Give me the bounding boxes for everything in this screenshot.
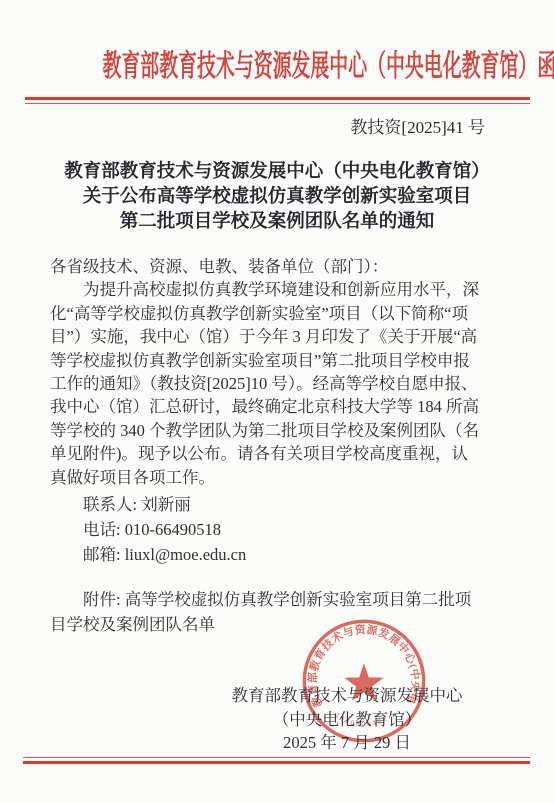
signature-org: 教育部教育技术与资源发展中心 [228, 684, 466, 708]
header-divider-rule [25, 97, 530, 104]
document-number: 教技资[2025]41 号 [350, 113, 485, 138]
signature-block: 教育部教育技术与资源发展中心 （中央电化教育馆） 2025 年 7 月 29 日 [228, 684, 466, 755]
official-letter-page: 教育部教育技术与资源发展中心（中央电化教育馆）函件 教技资[2025]41 号 … [0, 0, 554, 803]
notice-title-line-3: 第二批项目学校及案例团队名单的通知 [0, 210, 554, 235]
rule-stroke-thick [23, 761, 530, 764]
attachment-note: 附件: 高等学校虚拟仿真教学创新实验室项目第二批项 目学校及案例团队名单 [50, 587, 520, 637]
body-line: 单见附件)。现予以公布。请各有关项目学校高度重视，认 [50, 442, 520, 465]
signature-date: 2025 年 7 月 29 日 [228, 731, 466, 755]
letter-body: 各省级技术、资源、电教、装备单位（部门）： 为提升高校虚拟仿真教学环境建设和创新… [50, 255, 520, 489]
notice-title-line-1: 教育部教育技术与资源发展中心（中央电化教育馆） [0, 160, 554, 185]
signature-org-sub: （中央电化教育馆） [228, 708, 466, 732]
notice-title: 教育部教育技术与资源发展中心（中央电化教育馆） 关于公布高等学校虚拟仿真教学创新… [0, 160, 554, 235]
body-line: 真做好项目各项工作。 [50, 466, 520, 489]
body-line: 为提升高校虚拟仿真教学环境建设和创新应用水平，深 [50, 278, 520, 301]
attachment-line-1: 附件: 高等学校虚拟仿真教学创新实验室项目第二批项 [50, 587, 520, 612]
contact-email: 邮箱: liuxl@moe.edu.cn [83, 542, 246, 567]
salutation: 各省级技术、资源、电教、装备单位（部门）： [50, 255, 520, 278]
body-line: 等学校的 340 个教学团队为第二批项目学校及案例团队（名 [50, 419, 520, 442]
letterhead-title: 教育部教育技术与资源发展中心（中央电化教育馆）函件 [102, 41, 451, 85]
footer-divider-rule [23, 757, 530, 764]
contact-person: 联系人: 刘新丽 [83, 492, 246, 517]
body-line: 工作的通知》（教技资[2025]10 号）。经高等学校自愿申报、 [50, 372, 520, 395]
body-line: 等学校虚拟仿真教学创新实验室项目”第二批项目学校申报 [50, 349, 520, 372]
contact-block: 联系人: 刘新丽 电话: 010-66490518 邮箱: liuxl@moe.… [83, 492, 246, 567]
contact-phone: 电话: 010-66490518 [83, 517, 246, 542]
body-line: 目”）实施，我中心（馆）于今年 3 月印发了《关于开展“高 [50, 325, 520, 348]
rule-stroke-thin [25, 103, 530, 104]
attachment-line-2: 目学校及案例团队名单 [50, 612, 520, 637]
body-line: 我中心（馆）汇总研讨，最终确定北京科技大学等 184 所高 [50, 395, 520, 418]
notice-title-line-2: 关于公布高等学校虚拟仿真教学创新实验室项目 [0, 185, 554, 210]
body-line: 化“高等学校虚拟仿真教学创新实验室”项目（以下简称“项 [50, 302, 520, 325]
